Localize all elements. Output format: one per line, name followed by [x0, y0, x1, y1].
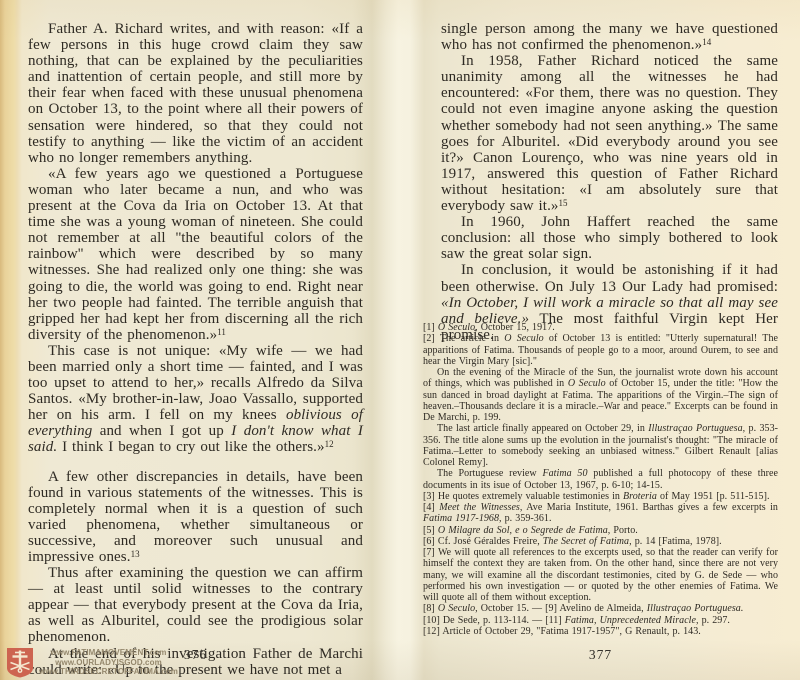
paragraph: [2] The article in O Seculo of October 1…: [423, 333, 778, 367]
page-number-right: 377: [423, 647, 778, 663]
watermark-url-1: www.FATIMAMOVEMENT.com: [51, 648, 167, 658]
paragraph: [12] Article of October 29, "Fatima 1917…: [423, 626, 778, 637]
paragraph: [3] He quotes extremely valuable testimo…: [423, 491, 778, 502]
fatima-crest-icon: [5, 647, 35, 678]
paragraph: A few other discrepancies in details, ha…: [28, 469, 363, 566]
paragraph: In 1958, Father Richard noticed the same…: [441, 53, 778, 214]
paragraph: «A few years ago we questioned a Portugu…: [28, 166, 363, 343]
paragraph: The Portuguese review Fatima 50 publishe…: [423, 468, 778, 491]
paragraph: single person among the many we have que…: [441, 21, 778, 53]
watermark-url-2: www.OURLADYISGOD.com: [55, 658, 162, 668]
paragraph: [1] O Seculo, October 15, 1917.: [423, 322, 778, 333]
paragraph: [7] We will quote all references to the …: [423, 547, 778, 603]
paragraph: [5] O Milagre da Sol, e o Segrede de Fat…: [423, 525, 778, 536]
footnote-reference: 13: [131, 549, 140, 559]
watermark-urls: www.FATIMAMOVEMENT.com www.OURLADYISGOD.…: [39, 648, 178, 677]
paragraph: Father A. Richard writes, and with reaso…: [28, 21, 363, 166]
left-page-text: Father A. Richard writes, and with reaso…: [28, 21, 363, 678]
paragraph: Thus after examining the question we can…: [28, 565, 363, 645]
paragraph: [8] O Seculo, October 15. — [9] Avelino …: [423, 603, 778, 614]
footnote-reference: 14: [702, 37, 711, 47]
footnote-reference: 12: [325, 439, 334, 449]
paragraph: [4] Meet the Witnesses, Ave Maria Instit…: [423, 502, 778, 525]
paragraph: This case is not unique: «My wife — we h…: [28, 343, 363, 456]
footnote-reference: 15: [559, 198, 568, 208]
paragraph: [6] Cf. José Géraldes Freire, The Secret…: [423, 536, 778, 547]
watermark-url-3: www.THIRDSECRETOFFATIMA.com: [39, 667, 178, 677]
paragraph: The last article finally appeared on Oct…: [423, 423, 778, 468]
paragraph: On the evening of the Miracle of the Sun…: [423, 367, 778, 423]
paragraph: In 1960, John Haffert reached the same c…: [441, 214, 778, 262]
footnote-reference: 11: [217, 327, 226, 337]
right-page-text: single person among the many we have que…: [441, 21, 778, 343]
book-spread-scan: Father A. Richard writes, and with reaso…: [0, 0, 800, 680]
footnotes-block: [1] O Seculo, October 15, 1917.[2] The a…: [423, 322, 778, 637]
paragraph: [10] De Sede, p. 113-114. — [11] Fatima,…: [423, 615, 778, 626]
watermark: www.FATIMAMOVEMENT.com www.OURLADYISGOD.…: [5, 647, 178, 678]
